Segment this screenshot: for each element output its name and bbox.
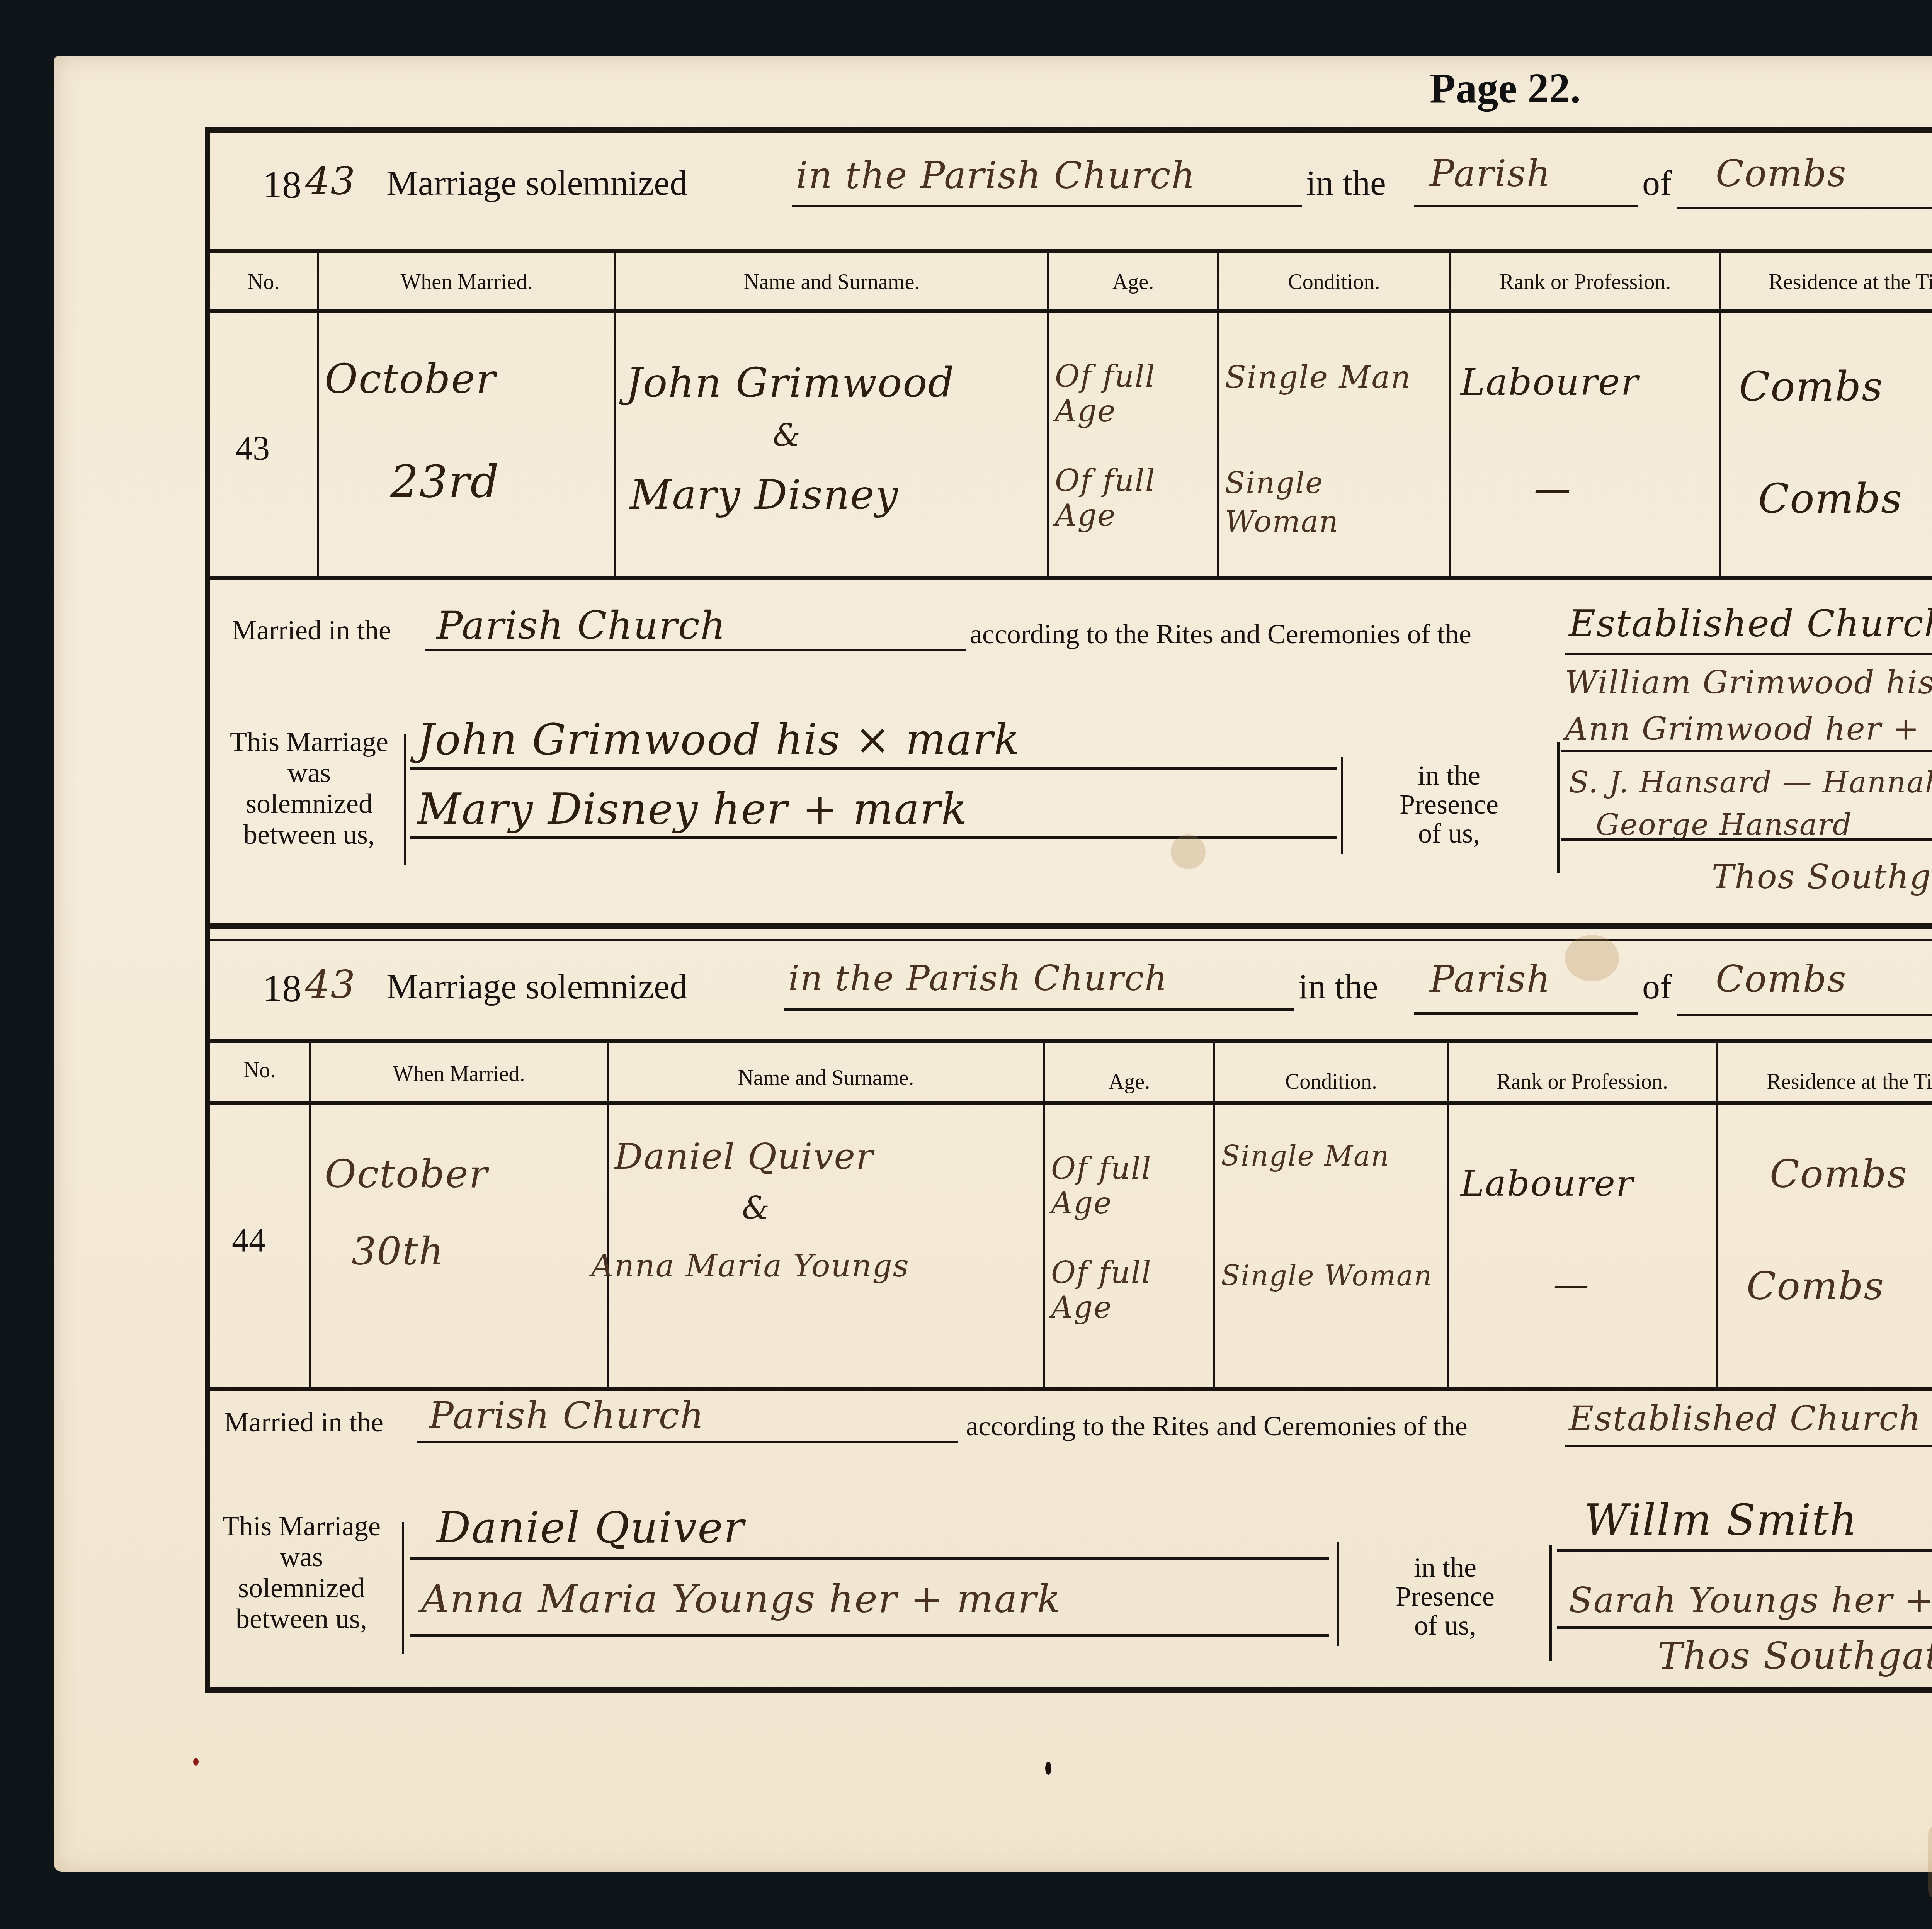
- paper-tear-stain: [1928, 1824, 1932, 1901]
- col-header-condition: Condition.: [1215, 1070, 1447, 1093]
- header-bottom-rule: [210, 1101, 1932, 1105]
- paper-stain: [1565, 935, 1619, 981]
- entry-separator-thin: [210, 939, 1932, 941]
- groom-signature-line: [410, 1557, 1329, 1560]
- col-header-rank: Rank or Profession.: [1449, 1070, 1716, 1093]
- bride-signature[interactable]: Mary Disney her + mark: [417, 784, 968, 834]
- when-married-month[interactable]: October: [325, 1151, 488, 1196]
- col-divider: [1719, 251, 1721, 576]
- district-field[interactable]: Parish: [1430, 958, 1551, 1001]
- name-connector: &: [773, 417, 801, 453]
- col-header-no: No.: [210, 270, 317, 294]
- this-marriage-text: This Marriage: [213, 1511, 390, 1542]
- was-text: was: [220, 757, 398, 788]
- groom-name[interactable]: Daniel Quiver: [614, 1136, 874, 1177]
- place-underline: [792, 205, 1302, 207]
- col-divider: [317, 251, 319, 576]
- groom-residence[interactable]: Combs: [1770, 1151, 1908, 1196]
- married-in-label: Married in the: [232, 614, 391, 646]
- col-divider: [1213, 1041, 1215, 1389]
- district-field[interactable]: Parish: [1430, 153, 1551, 195]
- entry-year-suffix: 43: [305, 158, 356, 204]
- witness-3[interactable]: S. J. Hansard — Hannah U. Hansard: [1569, 765, 1932, 799]
- name-connector: &: [742, 1190, 770, 1226]
- in-the-label: in the: [1298, 966, 1378, 1007]
- groom-condition[interactable]: Single Man: [1221, 1140, 1389, 1172]
- married-in-underline: [417, 1441, 958, 1443]
- col-divider: [1217, 251, 1219, 576]
- entry-number: 44: [232, 1221, 266, 1260]
- rites-underline: [1565, 653, 1932, 655]
- entry-separator-thick: [210, 923, 1932, 929]
- groom-signature-line: [410, 767, 1337, 770]
- col-header-residence: Residence at the Time of Marriage.: [1721, 270, 1932, 294]
- row-bottom-rule: [210, 1387, 1932, 1391]
- witness-line-1: [1561, 750, 1932, 752]
- col-header-name: Name and Surname.: [609, 1066, 1043, 1089]
- bride-signature-line: [410, 1634, 1329, 1637]
- married-in-field[interactable]: Parish Church: [429, 1395, 704, 1437]
- rites-field[interactable]: Established Church After Banns: [1569, 603, 1932, 645]
- header-top-rule: [210, 1039, 1932, 1043]
- col-header-when-married: When Married.: [311, 1062, 607, 1086]
- was-text: was: [213, 1542, 390, 1572]
- bride-condition[interactable]: Single Woman: [1221, 1259, 1432, 1292]
- col-divider: [1447, 1041, 1449, 1389]
- header-top-rule: [210, 249, 1932, 253]
- frame-bottom: [205, 1687, 1932, 1693]
- of-us-text: of us,: [1376, 819, 1522, 848]
- solemnized-between-label: This Marriage was solemnized between us,: [220, 726, 398, 850]
- when-married-day[interactable]: 23rd: [390, 456, 500, 508]
- groom-signature[interactable]: John Grimwood his × mark: [417, 715, 1020, 764]
- rites-field[interactable]: Established Church after Banns: [1569, 1399, 1932, 1438]
- col-header-rank: Rank or Profession.: [1451, 270, 1719, 294]
- witness-4[interactable]: George Hansard: [1596, 807, 1852, 842]
- col-header-no: No.: [210, 1059, 309, 1082]
- paper-stain: [1171, 834, 1206, 869]
- bride-name[interactable]: Anna Maria Youngs: [591, 1248, 910, 1284]
- col-divider: [1047, 251, 1049, 576]
- marriage-solemnized-label: Marriage solemnized: [386, 162, 687, 203]
- col-divider: [1043, 1041, 1045, 1389]
- col-header-residence: Residence at the Time of Marriage.: [1718, 1070, 1932, 1093]
- left-brace: [402, 1522, 404, 1654]
- solemnized-text: solemnized: [220, 788, 398, 819]
- witness-2[interactable]: Sarah Youngs her + mark: [1569, 1580, 1932, 1621]
- bride-profession[interactable]: —: [1534, 467, 1571, 510]
- right-brace: [1337, 1542, 1339, 1646]
- witness-1[interactable]: Willm Smith: [1584, 1495, 1858, 1545]
- of-label: of: [1642, 966, 1672, 1007]
- witness-line-2: [1561, 838, 1932, 841]
- bride-age[interactable]: Of full Age: [1051, 1256, 1206, 1325]
- frame-top: [205, 127, 1932, 133]
- witness-1[interactable]: William Grimwood his × mark: [1565, 665, 1932, 701]
- groom-age[interactable]: Of full Age: [1051, 1151, 1206, 1221]
- rites-underline: [1565, 1445, 1932, 1447]
- between-us-text: between us,: [213, 1603, 390, 1634]
- parish-underline: [1677, 1014, 1932, 1016]
- ink-blot: [1045, 1762, 1051, 1775]
- according-label: according to the Rites and Ceremonies of…: [970, 618, 1471, 650]
- groom-signature[interactable]: Daniel Quiver: [437, 1503, 745, 1552]
- groom-profession[interactable]: Labourer: [1461, 361, 1639, 404]
- bride-profession[interactable]: —: [1553, 1263, 1590, 1305]
- witness-5[interactable]: Thos Southgate: [1712, 858, 1932, 896]
- col-divider: [607, 1041, 609, 1389]
- bride-condition[interactable]: Single Woman: [1225, 464, 1441, 541]
- bride-signature[interactable]: Anna Maria Youngs her + mark: [421, 1576, 1061, 1621]
- col-divider: [614, 251, 616, 576]
- solemnized-text: solemnized: [213, 1572, 390, 1603]
- bride-residence[interactable]: Combs: [1747, 1263, 1884, 1309]
- right-brace: [1341, 757, 1343, 854]
- frame-left: [205, 127, 210, 1692]
- parish-underline: [1677, 207, 1932, 209]
- married-in-field[interactable]: Parish Church: [437, 603, 726, 648]
- district-underline: [1414, 1012, 1638, 1015]
- col-header-age: Age.: [1049, 270, 1217, 294]
- married-in-label: Married in the: [224, 1406, 383, 1438]
- place-underline: [784, 1008, 1294, 1011]
- in-presence-label: in the Presence of us,: [1376, 761, 1522, 848]
- entry-year-prefix: 18: [263, 966, 301, 1010]
- between-us-text: between us,: [220, 819, 398, 850]
- col-divider: [1449, 251, 1451, 576]
- bride-name[interactable]: Mary Disney: [630, 471, 899, 518]
- in-the-label: in the: [1306, 162, 1386, 203]
- presence-text: Presence: [1376, 790, 1522, 819]
- of-us-text: of us,: [1372, 1611, 1519, 1640]
- witness-3[interactable]: Thos Southgate: [1658, 1634, 1932, 1677]
- witness-line-1: [1557, 1549, 1932, 1552]
- entry-year-suffix: 43: [305, 962, 356, 1007]
- witness-brace: [1557, 742, 1560, 873]
- married-in-underline: [425, 649, 966, 651]
- when-married-month[interactable]: October: [325, 355, 496, 403]
- marriage-solemnized-label: Marriage solemnized: [386, 966, 687, 1007]
- row-bottom-rule: [210, 576, 1932, 580]
- groom-condition[interactable]: Single Man: [1225, 359, 1412, 395]
- groom-profession[interactable]: Labourer: [1461, 1163, 1634, 1204]
- col-header-name: Name and Surname.: [616, 270, 1047, 294]
- col-divider: [309, 1041, 311, 1389]
- red-mark: [193, 1758, 199, 1766]
- in-the-text: in the: [1372, 1553, 1519, 1582]
- left-brace: [404, 734, 406, 865]
- witness-line-2: [1557, 1626, 1932, 1629]
- of-label: of: [1642, 162, 1672, 203]
- groom-residence[interactable]: Combs: [1739, 363, 1883, 410]
- entry-year-prefix: 18: [263, 162, 301, 207]
- col-divider: [1716, 1041, 1718, 1389]
- bride-age[interactable]: Of full Age: [1055, 464, 1209, 533]
- presence-text: Presence: [1372, 1582, 1519, 1611]
- according-label: according to the Rites and Ceremonies of…: [966, 1410, 1468, 1442]
- witness-2[interactable]: Ann Grimwood her + mark: [1565, 711, 1932, 748]
- place-field[interactable]: in the Parish Church: [796, 155, 1196, 197]
- this-marriage-text: This Marriage: [220, 726, 398, 757]
- bride-residence[interactable]: Combs: [1758, 475, 1903, 522]
- place-field[interactable]: in the Parish Church: [788, 958, 1168, 999]
- col-header-when-married: When Married.: [319, 270, 614, 294]
- witness-brace: [1549, 1545, 1552, 1661]
- col-header-age: Age.: [1045, 1070, 1213, 1093]
- in-presence-label: in the Presence of us,: [1372, 1553, 1519, 1640]
- parish-field[interactable]: Combs: [1716, 958, 1847, 1001]
- header-bottom-rule: [210, 309, 1932, 313]
- page-title: Page 22.: [1430, 64, 1581, 113]
- col-header-condition: Condition.: [1219, 270, 1449, 294]
- when-married-day[interactable]: 30th: [352, 1229, 444, 1274]
- parish-field[interactable]: Combs: [1716, 153, 1847, 195]
- solemnized-between-label: This Marriage was solemnized between us,: [213, 1511, 390, 1634]
- entry-number: 43: [236, 429, 270, 468]
- groom-name[interactable]: John Grimwood: [626, 359, 955, 406]
- in-the-text: in the: [1376, 761, 1522, 790]
- district-underline: [1414, 205, 1638, 207]
- groom-age[interactable]: Of full Age: [1055, 359, 1209, 429]
